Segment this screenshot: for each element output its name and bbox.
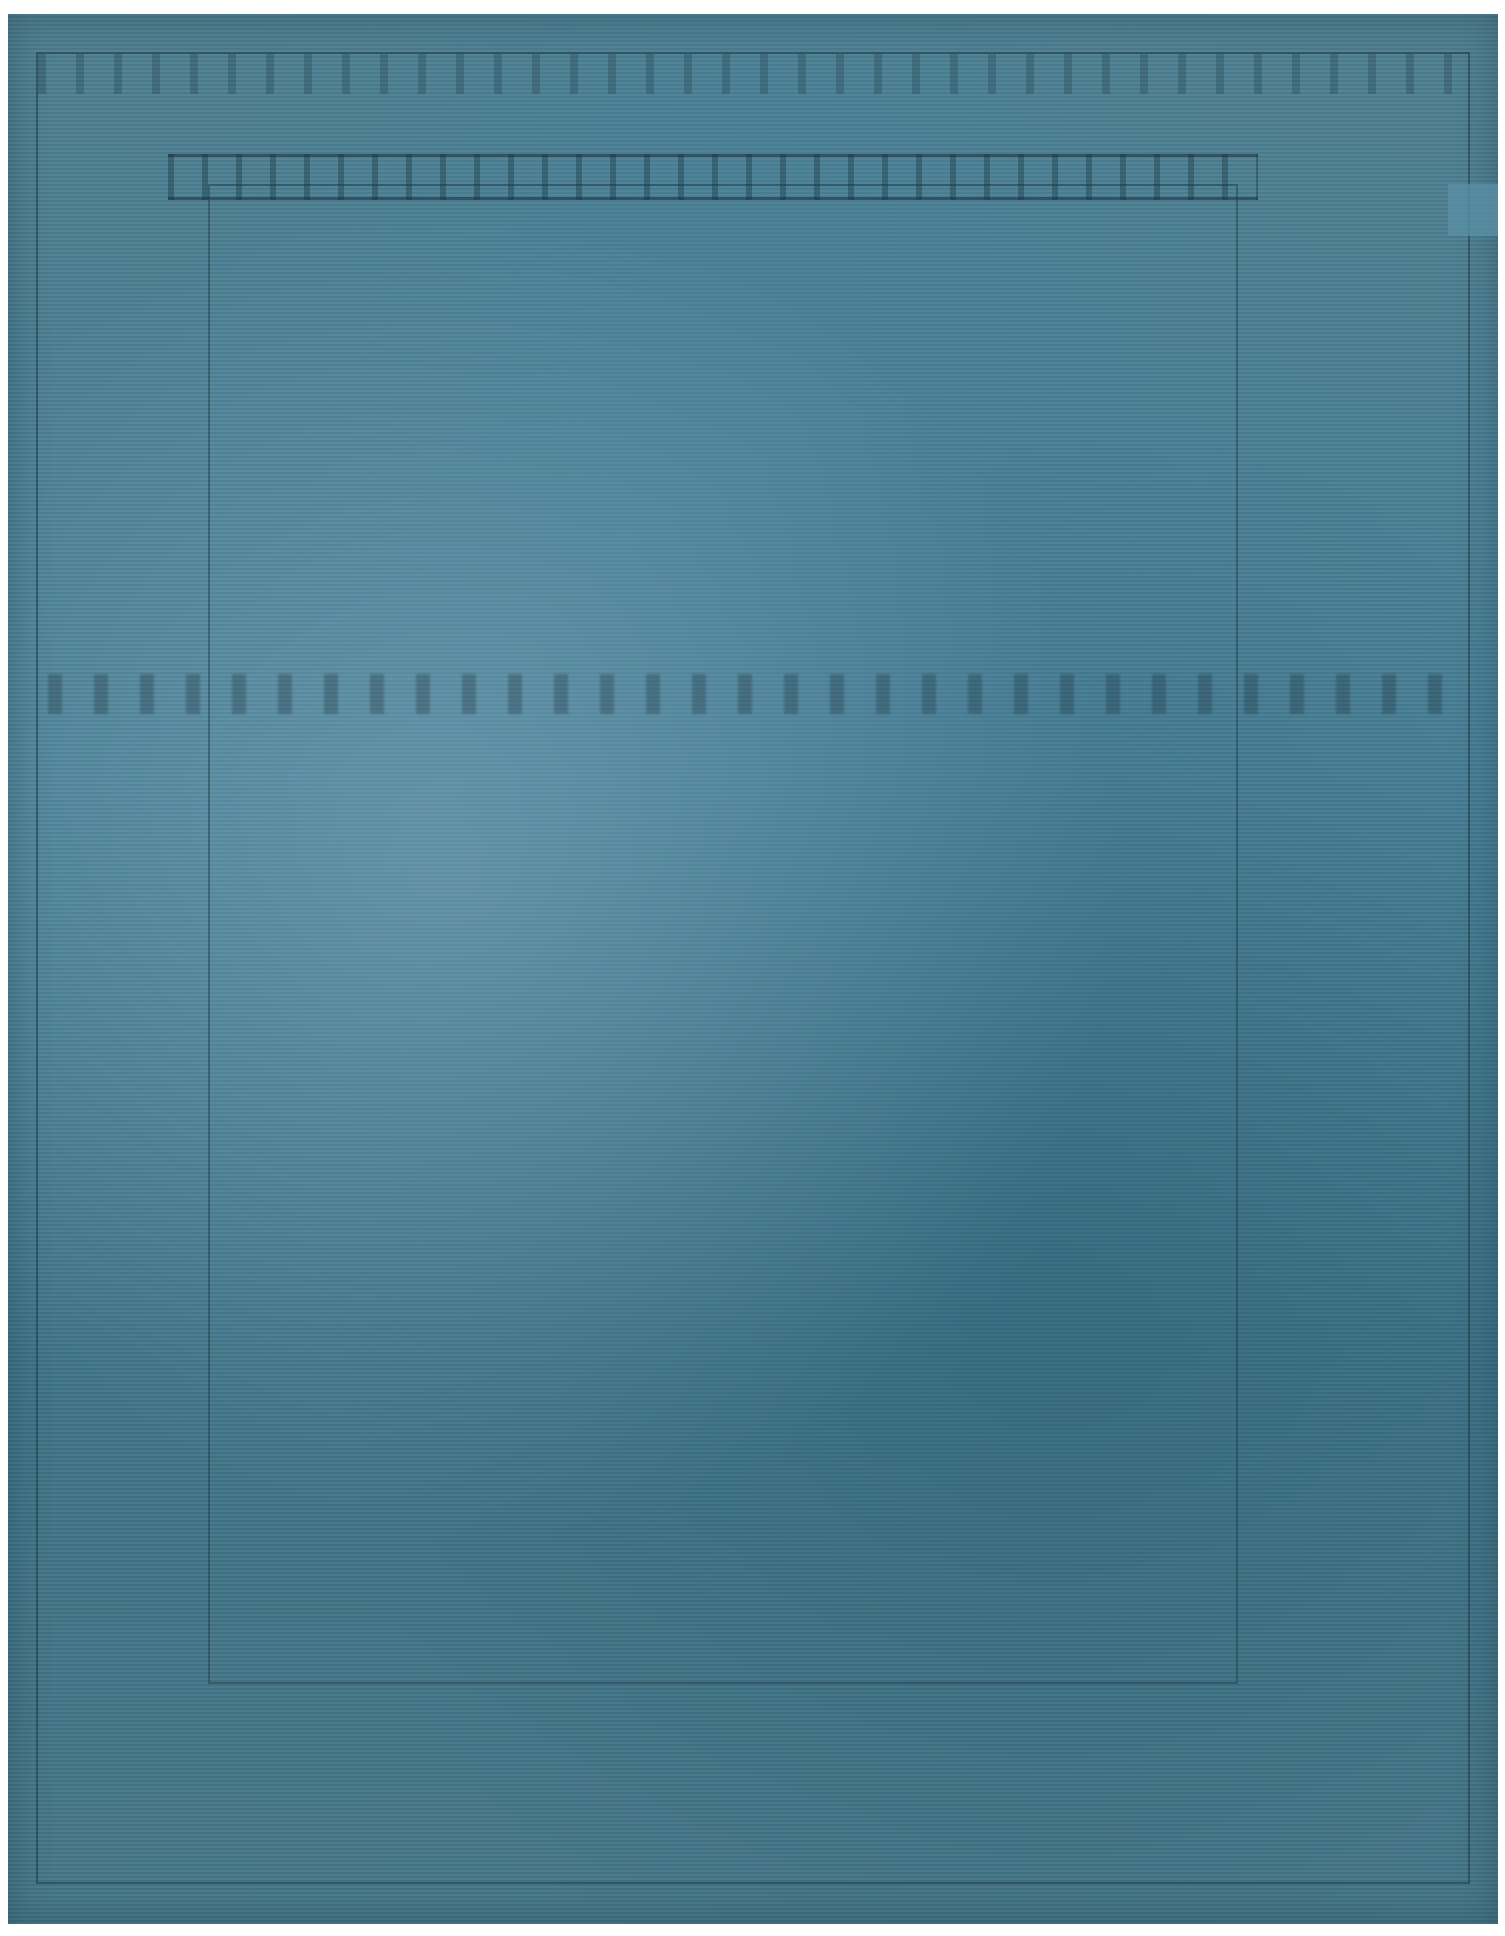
rug-motif-row bbox=[48, 674, 1458, 714]
rug-repair-patch bbox=[1448, 184, 1498, 236]
rug-top-guard-band bbox=[38, 54, 1468, 94]
rug-photo bbox=[8, 14, 1498, 1924]
rug-field-border bbox=[208, 184, 1238, 1684]
